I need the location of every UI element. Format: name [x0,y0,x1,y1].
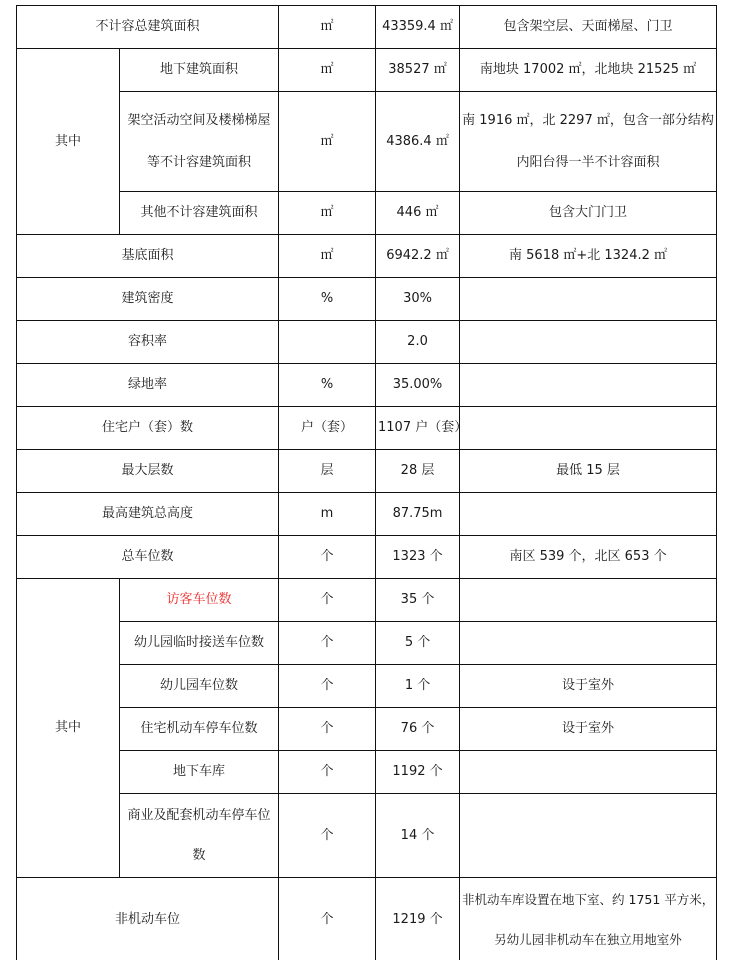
row-note: 南区 539 个，北区 653 个 [460,536,717,579]
row-note [460,493,717,536]
row-unit: 个 [279,665,376,708]
row-note: 设于室外 [460,665,717,708]
row-value: 1 个 [376,665,460,708]
row-value: 14 个 [376,794,460,878]
row-label: 非机动车位 [17,878,279,960]
row-value: 4386.4 ㎡ [376,92,460,192]
row-label: 架空活动空间及楼梯梯屋等不计容建筑面积 [120,92,279,192]
row-note-line: 南 1916 ㎡，北 2297 ㎡，包含一部分结构 [462,100,714,142]
row-value: 35 个 [376,579,460,622]
row-label: 建筑密度 [17,278,279,321]
row-label: 总车位数 [17,536,279,579]
row-value: 446 ㎡ [376,192,460,235]
table-row: 绿地率 % 35.00% [17,364,717,407]
row-note: 非机动车库设置在地下室、约 1751 平方米，另幼儿园非机动车在独立用地室外 [460,878,717,960]
table-row: 总车位数 个 1323 个 南区 539 个，北区 653 个 [17,536,717,579]
row-value: 2.0 [376,321,460,364]
row-note: 设于室外 [460,708,717,751]
table-row: 不计容总建筑面积 ㎡ 43359.4 ㎡ 包含架空层、天面梯屋、门卫 [17,6,717,49]
row-label-line: 商业及配套机动车停车位 [122,796,276,836]
row-note: 包含大门门卫 [460,192,717,235]
row-label: 地下车库 [120,751,279,794]
row-label: 最高建筑总高度 [17,493,279,536]
row-note [460,622,717,665]
row-label-line: 数 [122,836,276,876]
table-row: 幼儿园车位数 个 1 个 设于室外 [17,665,717,708]
row-note [460,321,717,364]
group-label: 其中 [17,49,120,235]
row-label: 住宅机动车停车位数 [120,708,279,751]
row-note: 南 1916 ㎡，北 2297 ㎡，包含一部分结构内阳台得一半不计容面积 [460,92,717,192]
row-unit: 个 [279,751,376,794]
table-row: 其他不计容建筑面积 ㎡ 446 ㎡ 包含大门门卫 [17,192,717,235]
row-note: 包含架空层、天面梯屋、门卫 [460,6,717,49]
row-note-line: 内阳台得一半不计容面积 [462,142,714,184]
row-unit: m [279,493,376,536]
row-label: 商业及配套机动车停车位数 [120,794,279,878]
row-note-line: 另幼儿园非机动车在独立用地室外 [462,920,714,960]
row-unit: 个 [279,794,376,878]
row-value: 28 层 [376,450,460,493]
row-unit: 个 [279,708,376,751]
row-value: 6942.2 ㎡ [376,235,460,278]
row-note: 最低 15 层 [460,450,717,493]
row-unit: ㎡ [279,192,376,235]
row-note [460,407,717,450]
row-value: 30% [376,278,460,321]
row-value: 1107 户（套） [376,407,460,450]
row-unit: ㎡ [279,6,376,49]
row-value: 1323 个 [376,536,460,579]
table-row: 最高建筑总高度 m 87.75m [17,493,717,536]
row-unit: 个 [279,622,376,665]
row-unit: ㎡ [279,92,376,192]
table-row: 其中 地下建筑面积 ㎡ 38527 ㎡ 南地块 17002 ㎡，北地块 2152… [17,49,717,92]
table-row: 住宅机动车停车位数 个 76 个 设于室外 [17,708,717,751]
row-note [460,579,717,622]
table-row: 非机动车位 个 1219 个 非机动车库设置在地下室、约 1751 平方米，另幼… [17,878,717,960]
row-label: 访客车位数 [120,579,279,622]
row-unit: % [279,364,376,407]
table-row: 住宅户（套）数 户（套） 1107 户（套） [17,407,717,450]
row-note: 南地块 17002 ㎡，北地块 21525 ㎡ [460,49,717,92]
row-label-line: 等不计容建筑面积 [122,142,276,184]
row-note [460,278,717,321]
row-note [460,794,717,878]
row-label: 其他不计容建筑面积 [120,192,279,235]
row-unit: 个 [279,579,376,622]
table-row: 基底面积 ㎡ 6942.2 ㎡ 南 5618 ㎡+北 1324.2 ㎡ [17,235,717,278]
row-note: 南 5618 ㎡+北 1324.2 ㎡ [460,235,717,278]
table-row: 商业及配套机动车停车位数 个 14 个 [17,794,717,878]
row-label: 基底面积 [17,235,279,278]
row-unit: ㎡ [279,49,376,92]
table-row: 其中 访客车位数 个 35 个 [17,579,717,622]
row-value: 43359.4 ㎡ [376,6,460,49]
row-unit: 个 [279,878,376,960]
table-row: 架空活动空间及楼梯梯屋等不计容建筑面积 ㎡ 4386.4 ㎡ 南 1916 ㎡，… [17,92,717,192]
table-row: 最大层数 层 28 层 最低 15 层 [17,450,717,493]
row-label-line: 架空活动空间及楼梯梯屋 [122,100,276,142]
row-value: 35.00% [376,364,460,407]
row-value: 1219 个 [376,878,460,960]
row-unit: ㎡ [279,235,376,278]
row-unit: 层 [279,450,376,493]
row-note [460,751,717,794]
spec-table: 不计容总建筑面积 ㎡ 43359.4 ㎡ 包含架空层、天面梯屋、门卫 其中 地下… [16,5,717,960]
row-value: 87.75m [376,493,460,536]
row-label: 住宅户（套）数 [17,407,279,450]
row-value: 5 个 [376,622,460,665]
group-label: 其中 [17,579,120,878]
table-row: 建筑密度 % 30% [17,278,717,321]
row-label: 容积率 [17,321,279,364]
row-unit: % [279,278,376,321]
row-label: 幼儿园车位数 [120,665,279,708]
row-label: 绿地率 [17,364,279,407]
row-label: 幼儿园临时接送车位数 [120,622,279,665]
row-unit: 个 [279,536,376,579]
row-unit: 户（套） [279,407,376,450]
row-label: 不计容总建筑面积 [17,6,279,49]
row-value: 38527 ㎡ [376,49,460,92]
row-value: 1192 个 [376,751,460,794]
row-value: 76 个 [376,708,460,751]
row-unit [279,321,376,364]
table-row: 容积率 2.0 [17,321,717,364]
row-label: 地下建筑面积 [120,49,279,92]
row-note [460,364,717,407]
row-note-line: 非机动车库设置在地下室、约 1751 平方米， [462,880,714,920]
row-label: 最大层数 [17,450,279,493]
table-row: 地下车库 个 1192 个 [17,751,717,794]
table-row: 幼儿园临时接送车位数 个 5 个 [17,622,717,665]
